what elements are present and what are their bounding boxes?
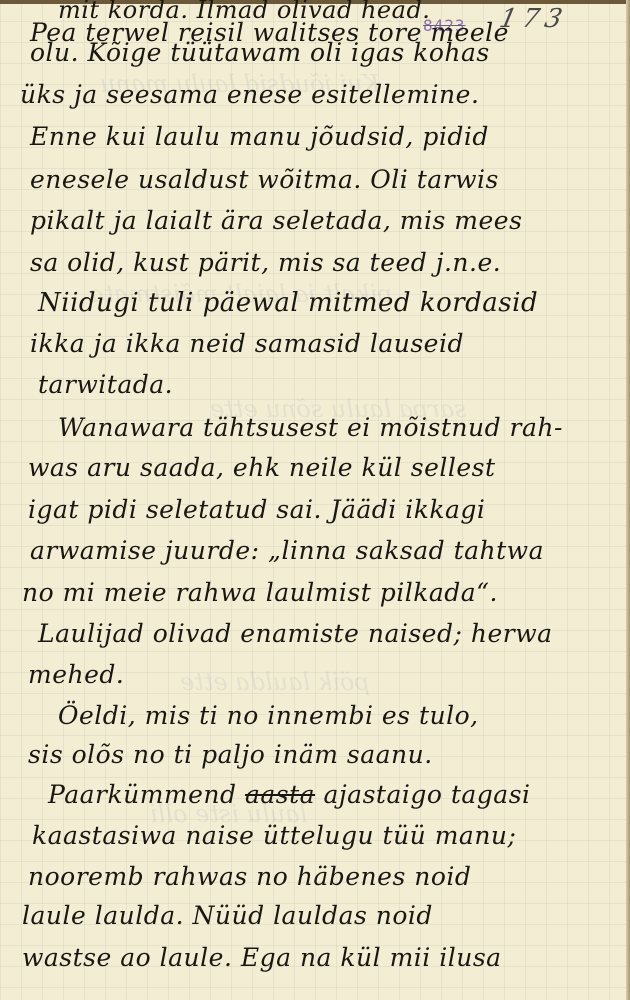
manuscript-line: Enne kui laulu manu jõudsid, pidid <box>30 124 489 149</box>
struck-word: aasta <box>245 780 315 809</box>
manuscript-line-last: wastse ao laule. Ega na kül mii ilusa <box>22 945 502 970</box>
manuscript-line: sa olid, kust pärit, mis sa teed j.n.e. <box>30 250 501 275</box>
manuscript-page: Kui jõudsid laulu manu pikalt ja laialt … <box>0 0 630 1000</box>
manuscript-line: kaastasiwa naise üttelugu tüü manu; <box>32 823 516 848</box>
manuscript-line: was aru saada, ehk neile kül sellest <box>28 455 496 480</box>
manuscript-line: tarwitada. <box>38 372 173 397</box>
manuscript-line: Niidugi tuli päewal mitmed kordasid <box>38 290 538 316</box>
manuscript-line: üks ja seesama enese esitellemine. <box>20 82 479 107</box>
manuscript-line: laule laulda. Nüüd lauldas noid <box>22 903 433 928</box>
manuscript-line: Wanawara tähtsusest ei mõistnud rah- <box>58 415 563 440</box>
manuscript-line: mehed. <box>28 662 124 687</box>
manuscript-line: Laulijad olivad enamiste naised; herwa <box>38 621 553 646</box>
manuscript-line: pikalt ja laialt ära seletada, mis mees <box>30 208 522 233</box>
manuscript-line: Paarkümmend aasta ajastaigo tagasi <box>48 782 531 807</box>
manuscript-line: olu. Kõige tüütawam oli igas kohas <box>30 40 490 65</box>
manuscript-line: nooremb rahwas no häbenes noid <box>28 864 471 889</box>
manuscript-line: Öeldi, mis ti no innembi es tulo, <box>58 703 479 728</box>
manuscript-line: enesele usaldust wõitma. Oli tarwis <box>30 167 499 192</box>
manuscript-line: igat pidi seletatud sai. Jäädi ikkagi <box>28 497 485 522</box>
manuscript-line: arwamise juurde: „linna saksad tahtwa <box>30 538 544 563</box>
manuscript-line: no mi meie rahwa laulmist pilkada“. <box>22 580 498 605</box>
manuscript-line: ikka ja ikka neid samasid lauseid <box>30 331 464 356</box>
manuscript-line: sis olõs no ti paljo inäm saanu. <box>28 742 433 767</box>
